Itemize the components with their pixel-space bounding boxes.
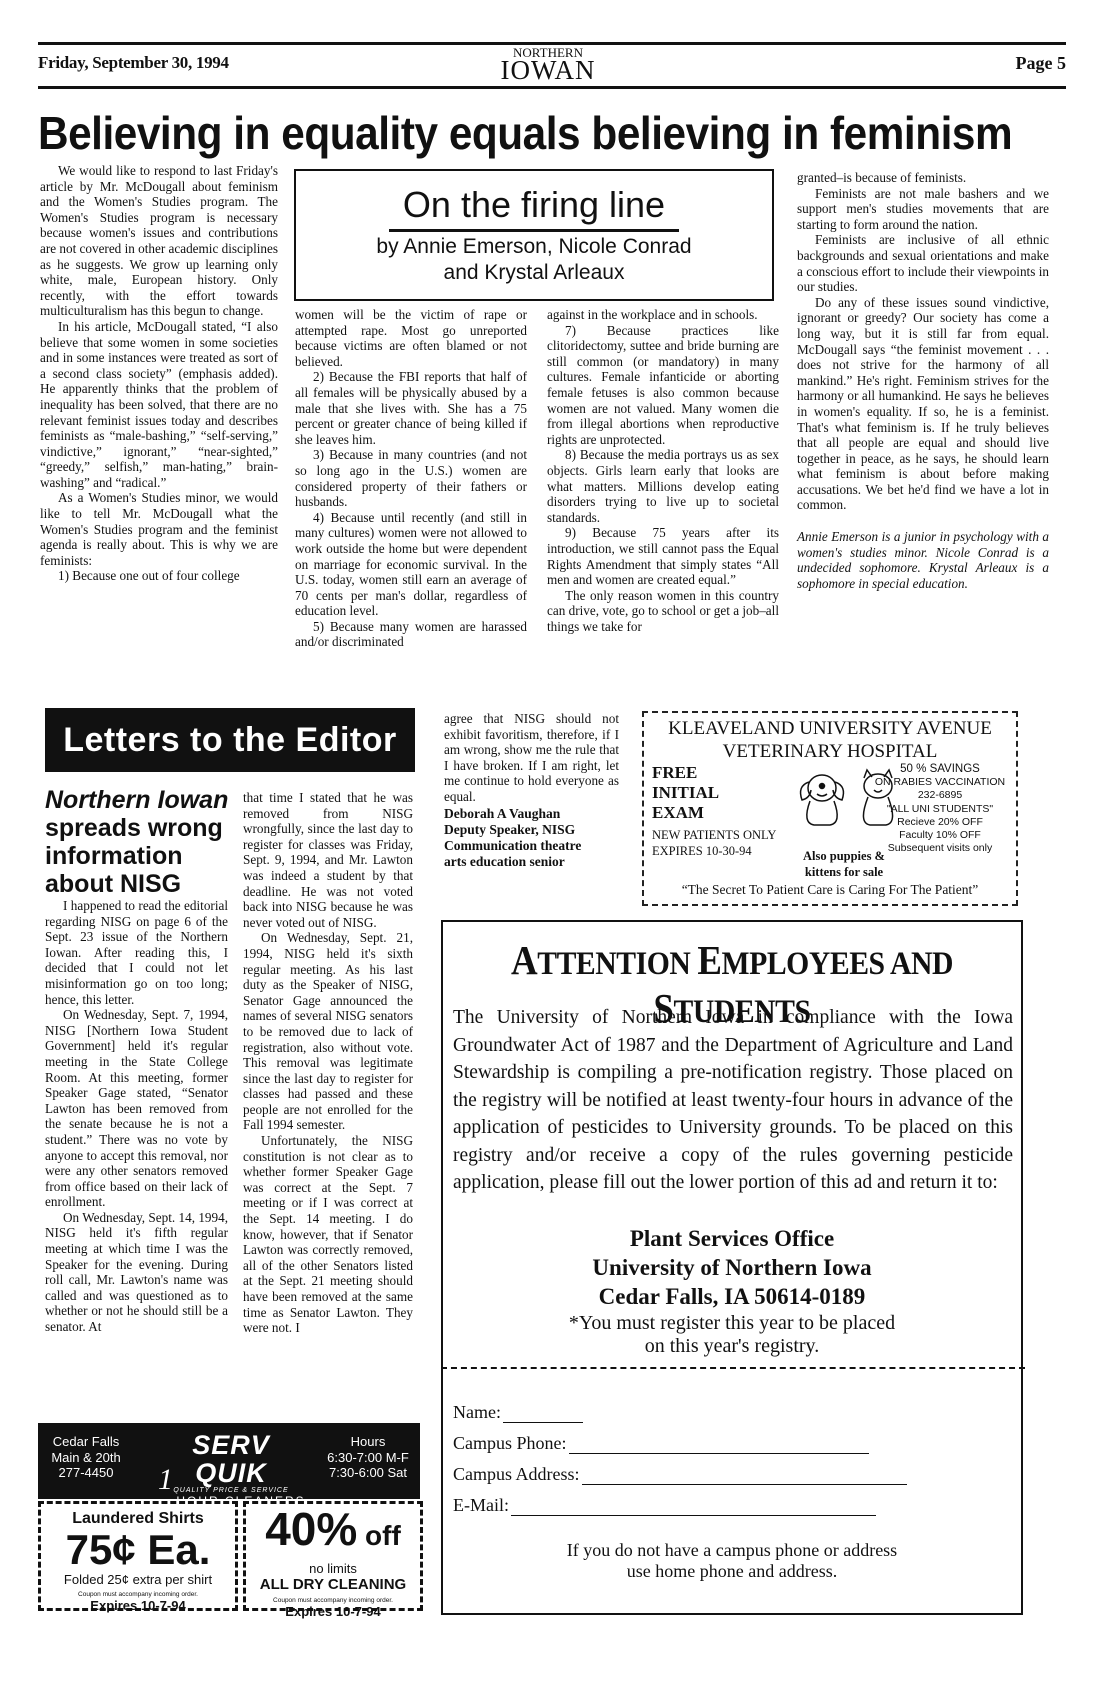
form-footnote: If you do not have a campus phone or add… [443,1540,1021,1582]
savings-line: ON RABIES VACCINATION [870,776,1010,789]
logo-bottom: IOWAN [488,57,608,84]
coupon-dry-cleaning[interactable]: 40% off no limits ALL DRY CLEANING Coupo… [243,1501,423,1611]
address-label: Campus Address: [453,1464,580,1485]
location-line: Main & 20th [46,1450,126,1466]
vet-expiry: EXPIRES 10-30-94 [652,843,776,859]
free-line: FREE [652,763,719,783]
title-word: AND [890,946,953,982]
letters-banner: Letters to the Editor [45,708,415,772]
title-word: MPLOYEES [722,946,885,982]
paragraph: Unfortunately, the NISG constitution is … [243,1133,413,1336]
brand-tagline: QUALITY PRICE & SERVICE [156,1487,306,1494]
coupon-fine-print: Coupon must accompany incoming order. [246,1597,420,1604]
pesticide-registry-ad: ATTENTION EMPLOYEES AND STUDENTS The Uni… [441,920,1023,1615]
new-patients-text: NEW PATIENTS ONLY [652,827,776,843]
servquik-phone: 277-4450 [46,1465,126,1481]
letter-signature: Deborah A Vaughan Deputy Speaker, NISG C… [444,806,624,870]
byline: by Annie Emerson, Nicole Conrad and Krys… [296,234,772,286]
vet-slogan: “The Secret To Patient Care is Caring Fo… [644,882,1016,898]
vet-title-line-2: VETERINARY HOSPITAL [644,740,1016,763]
vet-ad-title: KLEAVELAND UNIVERSITY AVENUE VETERINARY … [644,717,1016,763]
campus-address-field[interactable] [582,1467,907,1485]
puppies-line: kittens for sale [794,864,894,880]
paragraph: 2) Because the FBI reports that half of … [295,369,527,447]
paragraph: On Wednesday, Sept. 14, 1994, NISG held … [45,1210,228,1335]
location-line: Cedar Falls [46,1434,126,1450]
masthead-bottom-rule [38,86,1066,89]
byline-line-1: by Annie Emerson, Nicole Conrad [296,234,772,260]
servquik-ad-banner: Cedar Falls Main & 20th 277-4450 SERV QU… [38,1423,420,1499]
paragraph: women will be the victim of rape or atte… [295,307,527,369]
address-line: Cedar Falls, IA 50614-0189 [443,1282,1021,1311]
savings-line: Recieve 20% OFF [870,816,1010,829]
vet-title-line-1: KLEAVELAND UNIVERSITY AVENUE [644,717,1016,740]
free-line: EXAM [652,803,719,823]
free-exam-offer: FREE INITIAL EXAM [652,763,719,823]
paragraph: 5) Because many women are harassed and/o… [295,619,527,650]
coupon-expiry: Expires 10-7-94 [41,1598,235,1613]
title-cap: A [511,937,537,983]
signature-name: Deborah A Vaughan [444,806,624,822]
headline-italic: Northern Iowan [45,786,230,814]
paragraph: On Wednesday, Sept. 21, 1994, NISG held … [243,930,413,1133]
vet-phone: 232-6895 [870,789,1010,802]
coupon-discount: 40% off [246,1504,420,1561]
register-note: *You must register this year to be place… [443,1312,1021,1358]
article-column-1: We would like to respond to last Friday'… [40,163,278,584]
servquik-logo: SERV QUIK QUALITY PRICE & SERVICE 1 HOUR… [156,1431,306,1508]
coupon-limits: no limits [246,1561,420,1576]
savings-line: Faculty 10% OFF [870,829,1010,842]
byline-line-2: and Krystal Arleaux [296,260,772,286]
paragraph: 4) Because until recently (and still in … [295,510,527,619]
savings-line: "ALL UNI STUDENTS" [870,803,1010,816]
paragraph: Feminists are not male bashers and we su… [797,186,1049,233]
name-field[interactable] [503,1405,583,1423]
paragraph: Feminists are inclusive of all ethnic ba… [797,232,1049,294]
paragraph: The only reason women in this country ca… [547,588,779,635]
paragraph: against in the workplace and in schools. [547,307,779,323]
article-column-2: women will be the victim of rape or atte… [295,307,527,650]
note-line: on this year's registry. [443,1335,1021,1358]
coupon-expiry: Expires 10-7-94 [246,1604,420,1619]
discount-percent: 40% [265,1503,357,1555]
attention-body: The University of Northern Iowa in compl… [453,1004,1013,1197]
signature-title: Deputy Speaker, NISG [444,822,624,838]
name-label: Name: [453,1402,501,1423]
brand-name: SERV QUIK [156,1431,306,1487]
paragraph: agree that NISG should not exhibit favor… [444,711,619,805]
hours-line: 7:30-6:00 Sat [322,1465,414,1481]
article-column-4: granted–is because of feminists. Feminis… [797,170,1049,591]
one-numeral: 1 [158,1463,173,1497]
phone-label: Campus Phone: [453,1433,567,1454]
paragraph: 8) Because the media portrays us as sex … [547,447,779,525]
veterinary-ad: KLEAVELAND UNIVERSITY AVENUE VETERINARY … [642,711,1018,906]
coupon-detail: Folded 25¢ extra per shirt [41,1572,235,1587]
title-cap: E [697,937,721,983]
vet-savings-info: 50 % SAVINGS ON RABIES VACCINATION 232-6… [870,763,1010,855]
servquik-hours: Hours 6:30-7:00 M-F 7:30-6:00 Sat [322,1434,414,1481]
paragraph: 1) Because one out of four college [40,568,278,584]
paragraph: that time I stated that he was removed f… [243,790,413,930]
article-column-3: against in the workplace and in schools.… [547,307,779,634]
address-line: Plant Services Office [443,1224,1021,1253]
email-field[interactable] [511,1498,876,1516]
coupon-price: 75¢ Ea. [41,1528,235,1572]
signature-year: arts education senior [444,854,624,870]
campus-phone-field[interactable] [569,1436,869,1454]
savings-line: 50 % SAVINGS [870,763,1010,776]
cut-line [441,1367,1025,1369]
footnote-line: If you do not have a campus phone or add… [443,1540,1021,1561]
newspaper-logo: NORTHERN IOWAN [488,46,608,84]
paragraph: We would like to respond to last Friday'… [40,163,278,319]
title-word: TTENTION [537,946,690,982]
servquik-location: Cedar Falls Main & 20th 277-4450 [46,1434,126,1481]
savings-line: Subsequent visits only [870,842,1010,855]
article-headline: Believing in equality equals believing i… [38,106,1066,160]
paragraph: I happened to read the editorial regardi… [45,898,228,1007]
paragraph: Do any of these issues sound vindictive,… [797,295,1049,513]
form-row-address: Campus Address: [453,1454,1003,1485]
address-line: University of Northern Iowa [443,1253,1021,1282]
signature-major: Communication theatre [444,838,624,854]
hours-line: 6:30-7:00 M-F [322,1450,414,1466]
paragraph: 3) Because in many countries (and not so… [295,447,527,509]
form-row-email: E-Mail: [453,1485,1003,1516]
letter-column-1: I happened to read the editorial regardi… [45,898,228,1335]
coupon-fine-print: Coupon must accompany incoming order. [41,1591,235,1598]
free-line: INITIAL [652,783,719,803]
footnote-line: use home phone and address. [443,1561,1021,1582]
paragraph: 9) Because 75 years after its introducti… [547,525,779,587]
paragraph: As a Women's Studies minor, we would lik… [40,490,278,568]
letter-headline: Northern Iowan spreads wrong information… [45,786,230,898]
discount-off: off [357,1520,401,1551]
author-bio: Annie Emerson is a junior in psychology … [797,529,1049,591]
issue-date: Friday, September 30, 1994 [38,53,229,73]
hours-line: Hours [322,1434,414,1450]
column-title-box: On the firing line by Annie Emerson, Nic… [294,169,774,301]
paragraph: On Wednesday, Sept. 7, 1994, NISG [North… [45,1007,228,1210]
paragraph: In his article, McDougall stated, “I als… [40,319,278,491]
paragraph: 7) Because practices like clitoridectomy… [547,323,779,448]
form-row-name: Name: [453,1392,1003,1423]
vet-new-patients: NEW PATIENTS ONLY EXPIRES 10-30-94 [652,827,776,859]
headline-rest: spreads wrong information about NISG [45,814,223,898]
page-number: Page 5 [1016,53,1066,74]
note-line: *You must register this year to be place… [443,1312,1021,1335]
form-row-phone: Campus Phone: [453,1423,1003,1454]
registry-form: Name: Campus Phone: Campus Address: E-Ma… [453,1392,1003,1516]
letter-column-3: agree that NISG should not exhibit favor… [444,711,619,805]
letter-column-2: that time I stated that he was removed f… [243,790,413,1336]
return-address: Plant Services Office University of Nort… [443,1224,1021,1311]
coupon-shirts[interactable]: Laundered Shirts 75¢ Ea. Folded 25¢ extr… [38,1501,238,1611]
paragraph: granted–is because of feminists. [797,170,1049,186]
column-title-rule [389,229,679,232]
coupon-heading: ALL DRY CLEANING [246,1576,420,1593]
email-label: E-Mail: [453,1495,509,1516]
column-title: On the firing line [296,185,772,225]
